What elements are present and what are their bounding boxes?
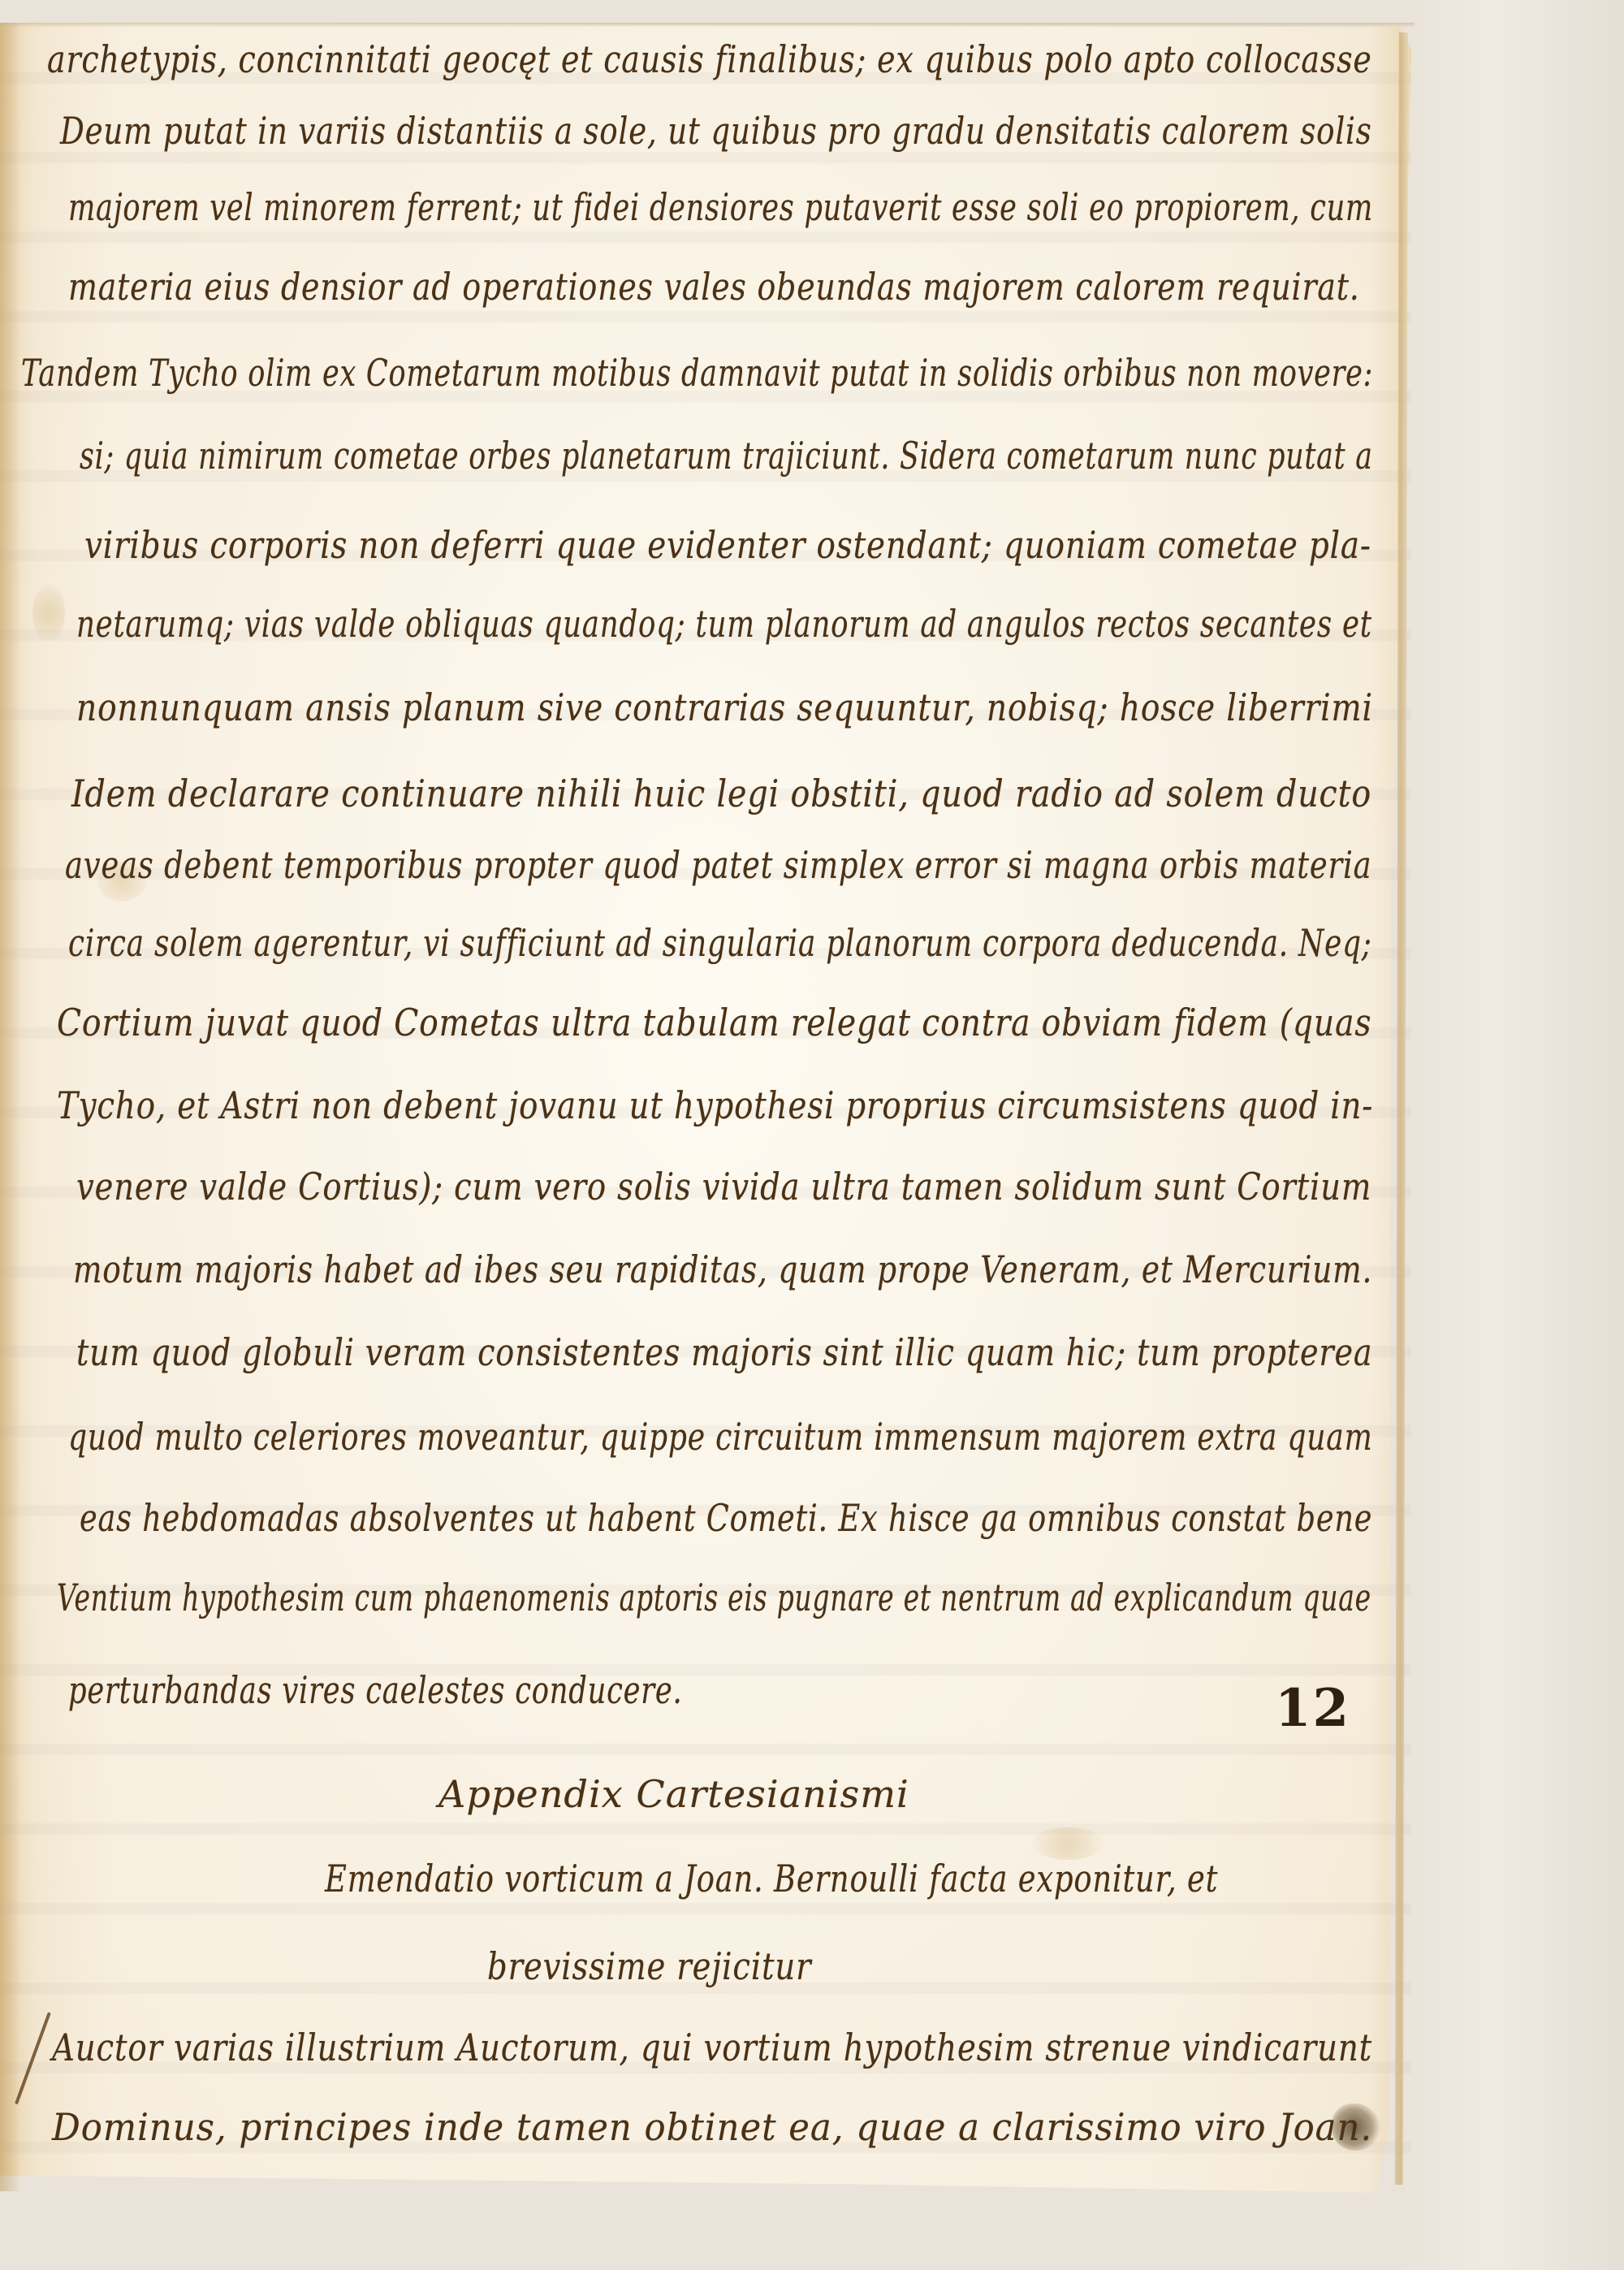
manuscript-line: netarumq; vias valde obliquas quandoq; t… (76, 605, 1372, 642)
manuscript-line: materia eius densior ad operationes vale… (68, 268, 1360, 305)
appendix-subtitle-line-1: Emendatio vorticum a Joan. Bernoulli fac… (325, 1860, 1218, 1897)
manuscript-line: venere valde Cortius); cum vero solis vi… (76, 1168, 1371, 1205)
manuscript-line: viribus corporis non deferri quae eviden… (84, 526, 1371, 564)
manuscript-line: aveas debent temporibus propter quod pat… (65, 846, 1371, 884)
manuscript-line: motum majoris habet ad ibes seu rapidita… (73, 1251, 1372, 1288)
ink-blot (1332, 2104, 1380, 2151)
paper-stain (32, 585, 65, 642)
page-top-edge (0, 23, 1415, 28)
appendix-subtitle-line-2: brevissime rejicitur (487, 1948, 811, 1985)
manuscript-line: quod multo celeriores moveantur, quippe … (68, 1418, 1373, 1455)
manuscript-line: si; quia nimirum cometae orbes planetaru… (80, 437, 1373, 474)
manuscript-line: circa solem agerentur, vi sufficiunt ad … (68, 924, 1372, 962)
manuscript-line: Deum putat in variis distantiis a sole, … (60, 112, 1372, 149)
manuscript-line: Cortium juvat quod Cometas ultra tabulam… (57, 1004, 1371, 1041)
manuscript-line: Dominus, principes inde tamen obtinet ea… (52, 2108, 1372, 2146)
manuscript-line: Idem declarare continuare nihili huic le… (71, 775, 1371, 812)
page-number: 12 (1275, 1678, 1350, 1739)
manuscript-line: archetypis, concinnitati geocęt et causi… (47, 41, 1372, 78)
manuscript-line: tum quod globuli veram consistentes majo… (76, 1334, 1372, 1371)
manuscript-line: Tycho, et Astri non debent jovanu ut hyp… (57, 1087, 1373, 1124)
paper-stain (1031, 1827, 1104, 1860)
manuscript-line: Auctor varias illustrium Auctorum, qui v… (52, 2029, 1372, 2066)
manuscript-line: eas hebdomadas absolventes ut habent Com… (80, 1499, 1372, 1537)
binding-shadow (0, 23, 21, 2191)
manuscript-line: perturbandas vires caelestes conducere. (68, 1671, 683, 1709)
manuscript-line: Tandem Tycho olim ex Cometarum motibus d… (21, 354, 1373, 391)
manuscript-line: nonnunquam ansis planum sive contrarias … (76, 689, 1373, 726)
appendix-title: Appendix Cartesianismi (438, 1775, 909, 1813)
manuscript-line: Ventium hypothesim cum phaenomenis aptor… (57, 1579, 1371, 1616)
manuscript-line: majorem vel minorem ferrent; ut fidei de… (68, 188, 1373, 226)
